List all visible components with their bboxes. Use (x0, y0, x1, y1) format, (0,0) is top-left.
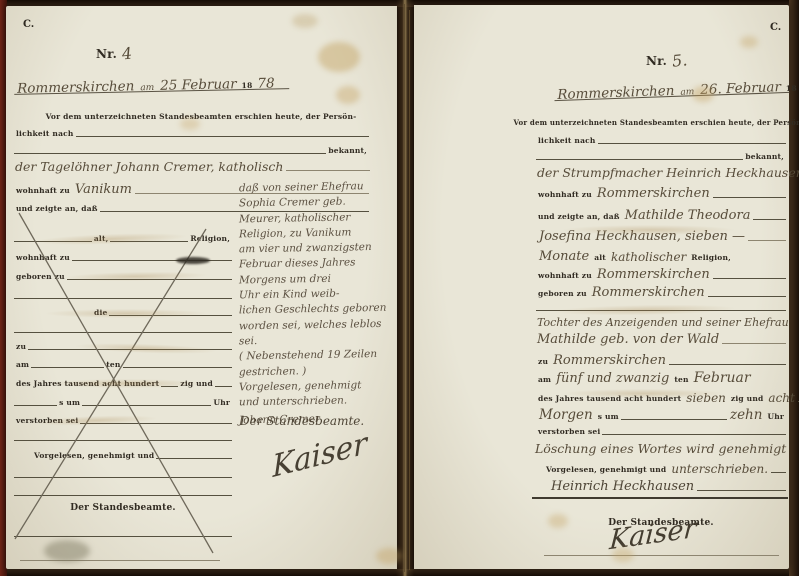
left-intro-line2-rule (76, 136, 369, 137)
right-verstorben-label: verstorben sei (536, 428, 602, 436)
closing-rule (532, 497, 788, 499)
left-declarant-text: der Tagelöhner Johann Cremer, katholisch (12, 161, 286, 174)
left-wohnhaft-value: Vanikum (72, 183, 135, 196)
form-rule (110, 241, 188, 242)
left-dateline-place: Rommerskirchen (14, 80, 137, 96)
form-rule (14, 536, 232, 537)
margin-note: daß von seiner Ehefrau Sophia Cremer geb… (239, 180, 397, 428)
right-declarant-line: der Strumpfmacher Heinrich Heckhausen (534, 159, 786, 177)
rule (753, 219, 786, 220)
right-intro-line2: lichkeit nach (536, 129, 786, 144)
right-morgens-line: Morgen s um zehn Uhr (536, 402, 786, 420)
left-zeigte-label: und zeigte an, daß (14, 205, 100, 213)
rule (697, 490, 786, 491)
form-jahr-label: des Jahres tausend acht hundert (14, 380, 161, 388)
right-alt-label: alt (592, 254, 608, 262)
right-zeigte-value: Mathilde Theodora (622, 209, 754, 222)
left-page: C. Nr. 4 Rommerskirchen am 25 Februar 18… (6, 6, 397, 569)
right-uhr-label: Uhr (765, 413, 786, 421)
right-vorgelesen-label: Vorgelesen, genehmigt und (544, 466, 668, 474)
right-wohnhaft-value: Rommerskirchen (594, 187, 713, 200)
form-alt-label: alt, (92, 235, 111, 243)
right-mutter-line: Mathilde geb. von der Wald (534, 326, 786, 344)
margin-officer-label: Der Standesbeamte. (240, 414, 364, 428)
right-zeigte-label: und zeigte an, daß (536, 213, 622, 221)
right-intro-line3: bekannt, (536, 145, 786, 160)
form-rule (14, 477, 232, 478)
left-dateline-year: 78 (254, 77, 277, 91)
form-rule (156, 458, 232, 459)
right-loeschung-line: Löschung eines Wortes wird genehmigt (532, 435, 786, 453)
right-nr-line: Nr. 5. (644, 49, 754, 67)
right-nr-value: 5. (668, 52, 691, 70)
right-dateline-place: Rommerskirchen (554, 84, 678, 102)
form-rule (14, 495, 232, 496)
right-geboren-line: geboren zu Rommerskirchen (536, 279, 786, 297)
left-corner-mark: C. (23, 19, 34, 30)
form-die-label: die (92, 309, 109, 317)
right-mutter-value: Mathilde geb. von der Wald (534, 333, 722, 346)
left-officer-signature: Kaiser (272, 426, 368, 485)
right-ten-label: ten (672, 376, 690, 384)
gutter-line-2 (409, 10, 410, 570)
left-declarant-line: der Tagelöhner Johann Cremer, katholisch (12, 153, 370, 171)
right-declarant-signature-line: Heinrich Heckhausen (536, 473, 786, 491)
right-declarant-signature: Heinrich Heckhausen (548, 480, 697, 493)
right-monat-value: Februar (691, 371, 754, 385)
form-line-geboren: geboren zu (14, 265, 232, 280)
margin-note-line: und unterschrieben. (239, 393, 397, 411)
form-rule (28, 349, 232, 350)
form-line-vorgelesen: Vorgelesen, genehmigt und (14, 444, 232, 459)
left-dateline-daymonth: 25 Februar (157, 78, 240, 93)
form-zig-label: zig und (178, 380, 215, 388)
form-rule (161, 386, 178, 387)
right-loeschung-value: Löschung eines Wortes wird genehmigt (532, 443, 789, 456)
form-verstorben-label: verstorben sei (14, 417, 80, 425)
rule (544, 555, 779, 556)
form-rule (72, 260, 232, 261)
form-rule (82, 405, 211, 406)
form-line-am: am ten (14, 353, 232, 368)
rule (722, 343, 786, 344)
right-dateline: Rommerskirchen am 26. Februar 18 78 (554, 67, 790, 101)
right-am-label: am (536, 376, 553, 384)
right-intro-line1-text: Vor dem unterzeichneten Standesbeamten e… (512, 119, 799, 126)
form-line-die: die (14, 301, 232, 316)
right-declarant-text: der Strumpfmacher Heinrich Heckhausen (534, 167, 799, 180)
form-line-blank1 (14, 284, 232, 299)
right-wohnhaft2-line: wohnhaft zu Rommerskirchen (536, 261, 786, 279)
form-line-blank7 (20, 546, 220, 561)
form-officer-label: Der Standesbeamte. (68, 504, 178, 513)
form-line-blank6 (14, 522, 232, 537)
right-verstorben-line: verstorben sei (536, 420, 786, 435)
left-dateline-am: am (137, 84, 157, 93)
form-ten-label: ten (104, 361, 122, 369)
rule (713, 197, 786, 198)
left-wohnhaft-label: wohnhaft zu (14, 187, 72, 195)
left-nr-line: Nr. 4 (94, 42, 204, 60)
left-declarant-rule (286, 170, 370, 171)
form-line-blank3 (14, 426, 232, 441)
right-wohnhaft-line: wohnhaft zu Rommerskirchen (536, 180, 786, 198)
left-intro-line2: lichkeit nach (14, 122, 369, 137)
right-name2-value: Josefina Heckhausen, sieben — (536, 230, 748, 243)
form-rule (14, 298, 232, 299)
form-uhr-label: Uhr (211, 399, 232, 407)
left-intro-line1-text: Vor dem unterzeichneten Standesbeamten e… (44, 113, 359, 121)
form-sum-label: s um (57, 399, 82, 407)
right-monate-line: Monate alt katholischer Religion, (536, 243, 786, 261)
right-intro-line2-rule (598, 143, 786, 144)
form-wohnhaft-label: wohnhaft zu (14, 254, 72, 262)
right-page: C. Nr. 5. Rommerskirchen am 26. Februar … (414, 5, 789, 569)
form-line-jahr: des Jahres tausend acht hundert zig und (14, 372, 232, 387)
right-jahr-line: des Jahres tausend acht hundert sieben z… (536, 384, 786, 402)
right-wohnhaft-label: wohnhaft zu (536, 191, 594, 199)
right-intro-line2-label: lichkeit nach (536, 137, 598, 145)
form-rule (31, 367, 104, 368)
gutter-line (404, 4, 405, 572)
form-line-verstorben: verstorben sei (14, 409, 232, 424)
form-line-wohnhaft: wohnhaft zu (14, 246, 232, 261)
form-rule (80, 423, 232, 424)
form-geboren-label: geboren zu (14, 273, 67, 281)
form-rule (123, 367, 233, 368)
form-rule (215, 386, 232, 387)
right-dateline-century: 18 (784, 84, 799, 92)
right-nr-label: Nr. (644, 55, 669, 67)
form-am-label: am (14, 361, 31, 369)
right-tochter-line: Tochter des Anzeigenden und seiner Ehefr… (534, 308, 786, 326)
left-intro-line1: Vor dem unterzeichneten Standesbeamten e… (26, 105, 376, 120)
form-line-religion: alt, Religion, (14, 227, 232, 242)
form-line-blank4 (14, 463, 232, 478)
left-dateline-century: 18 (240, 81, 255, 89)
form-vorgelesen-label: Vorgelesen, genehmigt und (32, 452, 156, 460)
right-zig-label: zig und (729, 395, 766, 403)
form-officer-label-line: Der Standesbeamte. (14, 498, 232, 513)
form-religion-label: Religion, (188, 235, 232, 243)
registry-book-photo: { "document_type": "Standesamt Sterbereg… (0, 0, 799, 576)
right-am-line: am fünf und zwanzig ten Februar (536, 365, 786, 383)
form-line-blank2 (14, 318, 232, 333)
left-dateline: Rommerskirchen am 25 Februar 18 78 (14, 63, 289, 95)
right-dateline-daymonth: 26. Februar (697, 81, 784, 98)
left-nr-label: Nr. (94, 48, 119, 60)
right-name2-line: Josefina Heckhausen, sieben — (536, 223, 786, 241)
right-dateline-am: am (677, 88, 697, 98)
right-sum-label: s um (596, 413, 621, 421)
right-religion-label: Religion, (689, 254, 733, 262)
right-bottom-rule (544, 541, 779, 556)
left-nr-value: 4 (118, 45, 136, 63)
form-rule (14, 440, 232, 441)
rule (748, 240, 786, 241)
book-gutter (396, 0, 414, 576)
right-corner-mark: C. (770, 22, 781, 33)
right-wohnhaft2-label: wohnhaft zu (536, 272, 594, 280)
form-rule (20, 560, 220, 561)
right-jahr-label: des Jahres tausend acht hundert (536, 395, 683, 403)
right-intro-line1: Vor dem unterzeichneten Standesbeamten e… (529, 111, 789, 126)
form-rule (67, 279, 232, 280)
form-line-zu: zu (14, 335, 232, 350)
form-zu-label: zu (14, 343, 28, 351)
form-rule (14, 332, 232, 333)
form-rule (14, 241, 92, 242)
right-zu-line: zu Rommerskirchen (536, 347, 786, 365)
form-line-uhr: s um Uhr (14, 391, 232, 406)
left-intro-line2-label: lichkeit nach (14, 130, 76, 138)
left-intro-line3: bekannt, (14, 139, 369, 154)
form-rule (109, 315, 232, 316)
right-vorgelesen-line: Vorgelesen, genehmigt und unterschrieben… (536, 455, 786, 473)
form-line-blank5 (14, 481, 232, 496)
right-zu-label: zu (536, 358, 550, 366)
form-rule (14, 405, 57, 406)
right-zeigte-line: und zeigte an, daß Mathilde Theodora (536, 202, 786, 220)
